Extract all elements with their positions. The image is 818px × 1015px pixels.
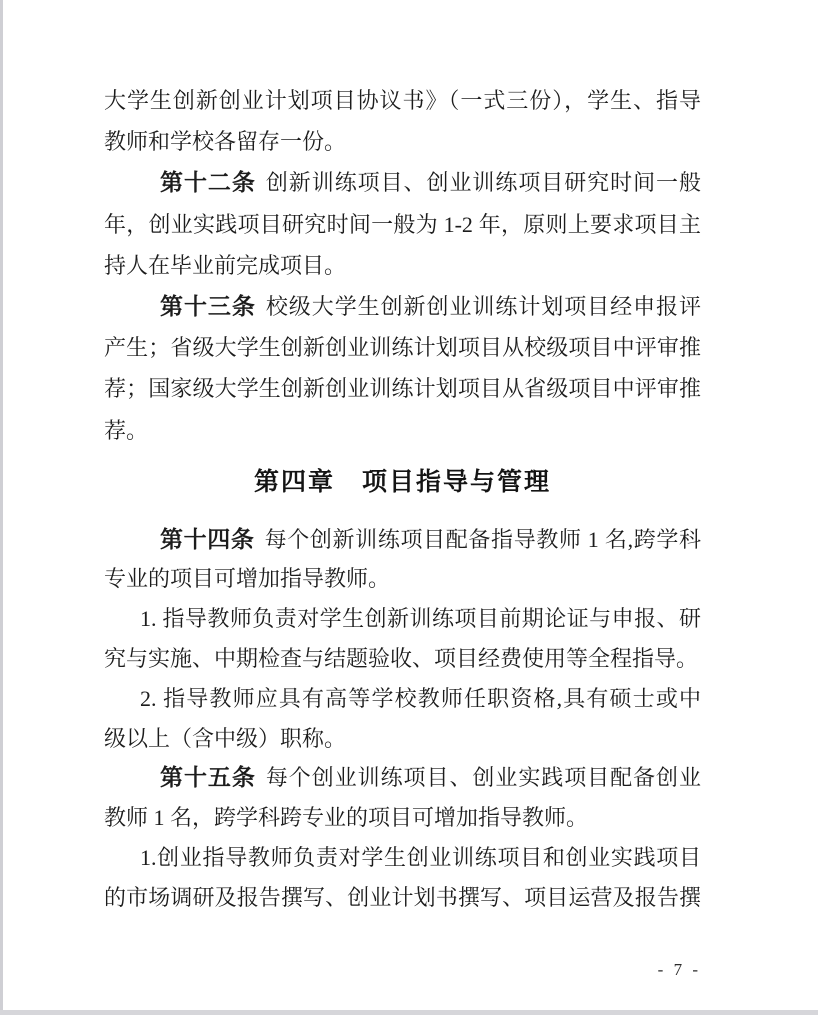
text-line: 1.创业指导教师负责对学生创业训练项目和创业实践项目 [104,838,701,878]
page-content: 大学生创新创业计划项目协议书》（一式三份），学生、指导 教师和学校各留存一份。 … [104,80,701,980]
text-line: 产生；省级大学生创新创业训练计划项目从校级项目中评审推 [104,327,701,368]
text-line: 2. 指导教师应具有高等学校教师任职资格,具有硕士或中 [104,679,701,719]
text-line: 教师 1 名，跨学科跨专业的项目可增加指导教师。 [104,798,701,838]
article-number-13: 第十三条 [160,294,266,319]
article-number-12: 第十二条 [160,170,266,195]
text-line: 第十五条每个创业训练项目、创业实践项目配备创业指导 [104,758,701,798]
text-line: 级以上（含中级）职称。 [104,719,701,759]
text-line: 荐。 [104,410,701,451]
text-line: 专业的项目可增加指导教师。 [104,559,701,599]
text-line: 究与实施、中期检查与结题验收、项目经费使用等全程指导。 [104,639,701,679]
text-line: 第十四条每个创新训练项目配备指导教师 1 名,跨学科跨 [104,520,701,560]
page-number: - 7 - [104,960,701,980]
page-left-edge [0,0,3,1015]
text-line: 第十二条创新训练项目、创业训练项目研究时间一般为 1 [104,162,701,203]
text-line: 教师和学校各留存一份。 [104,121,701,162]
text-line: 大学生创新创业计划项目协议书》（一式三份），学生、指导 [104,80,701,121]
text-line: 1. 指导教师负责对学生创新训练项目前期论证与申报、研 [104,599,701,639]
text-line: 年，创业实践项目研究时间一般为 1-2 年，原则上要求项目主 [104,204,701,245]
text-line: 第十三条校级大学生创新创业训练计划项目经申报评审 [104,286,701,327]
text-line: 荐；国家级大学生创新创业训练计划项目从省级项目中评审推 [104,368,701,409]
page-bottom-edge [0,1010,818,1015]
text-line: 的市场调研及报告撰写、创业计划书撰写、项目运营及报告撰 [104,878,701,918]
article-number-14: 第十四条 [160,527,265,552]
article-number-15: 第十五条 [160,765,266,790]
text-line: 持人在毕业前完成项目。 [104,245,701,286]
chapter-heading: 第四章 项目指导与管理 [104,462,701,502]
document-page: 大学生创新创业计划项目协议书》（一式三份），学生、指导 教师和学校各留存一份。 … [0,0,818,1015]
